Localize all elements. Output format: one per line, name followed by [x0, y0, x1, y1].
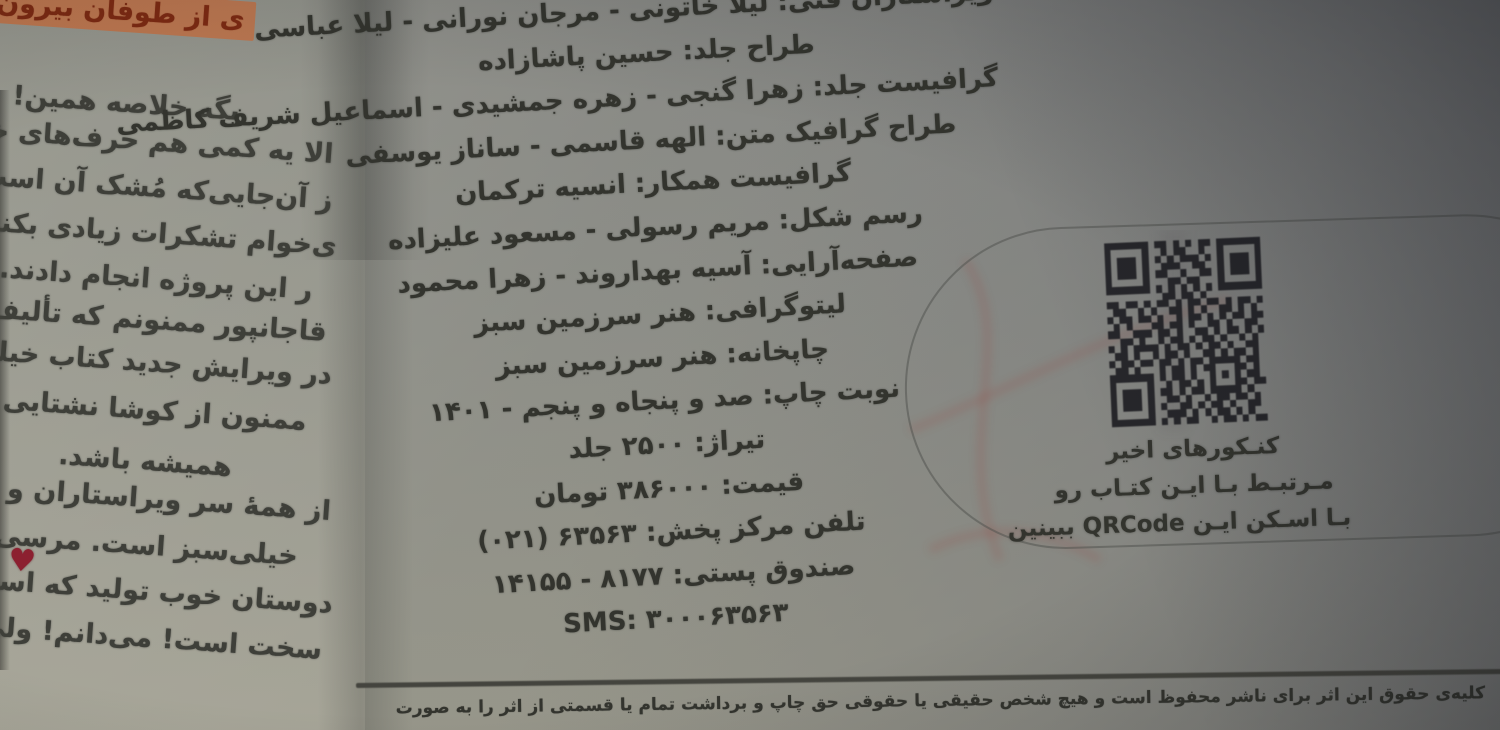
qr-module: [1261, 413, 1268, 421]
copyright-line: کلیه‌ی حقوق این اثر برای ناشر محفوظ است …: [360, 683, 1485, 719]
heart-icon: ♥: [6, 542, 37, 581]
qr-code: [1104, 237, 1268, 428]
left-page-line: همیشه باشد.: [58, 440, 234, 483]
qr-caption: کنـکورهای اخیر مـرتبـط بـا ایـن کتـاب رو…: [1036, 426, 1352, 548]
book-photo: ی از طوفان بیرون آمدی، دیگر همان آدمی یگ…: [0, 0, 1500, 730]
left-page-line: ی از طوفان بیرون آمدی، دیگر همان آدمی: [0, 0, 256, 41]
